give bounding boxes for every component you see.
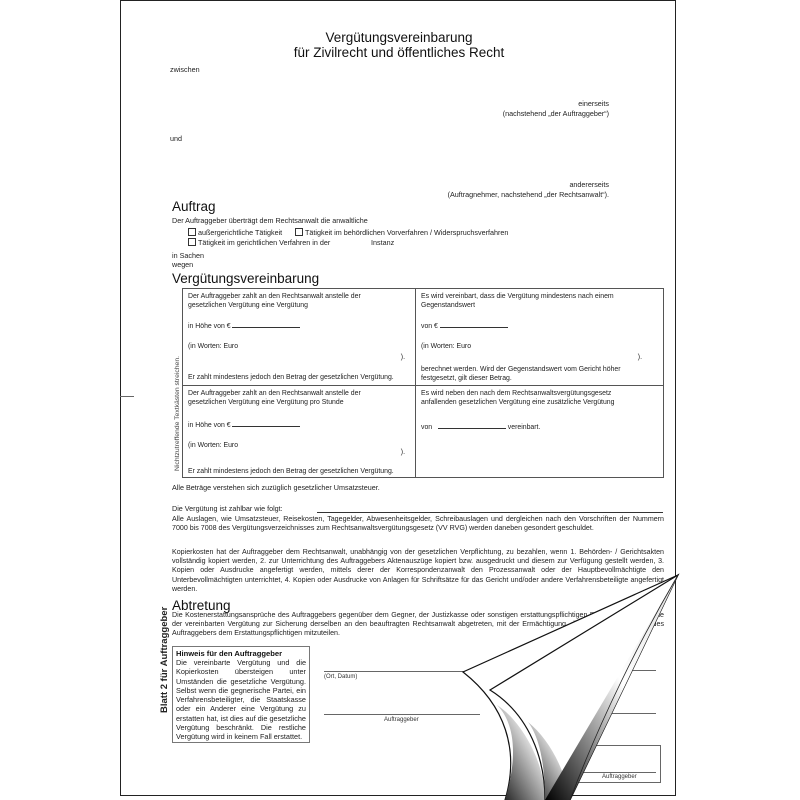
- page-curl-graphic: [0, 0, 800, 800]
